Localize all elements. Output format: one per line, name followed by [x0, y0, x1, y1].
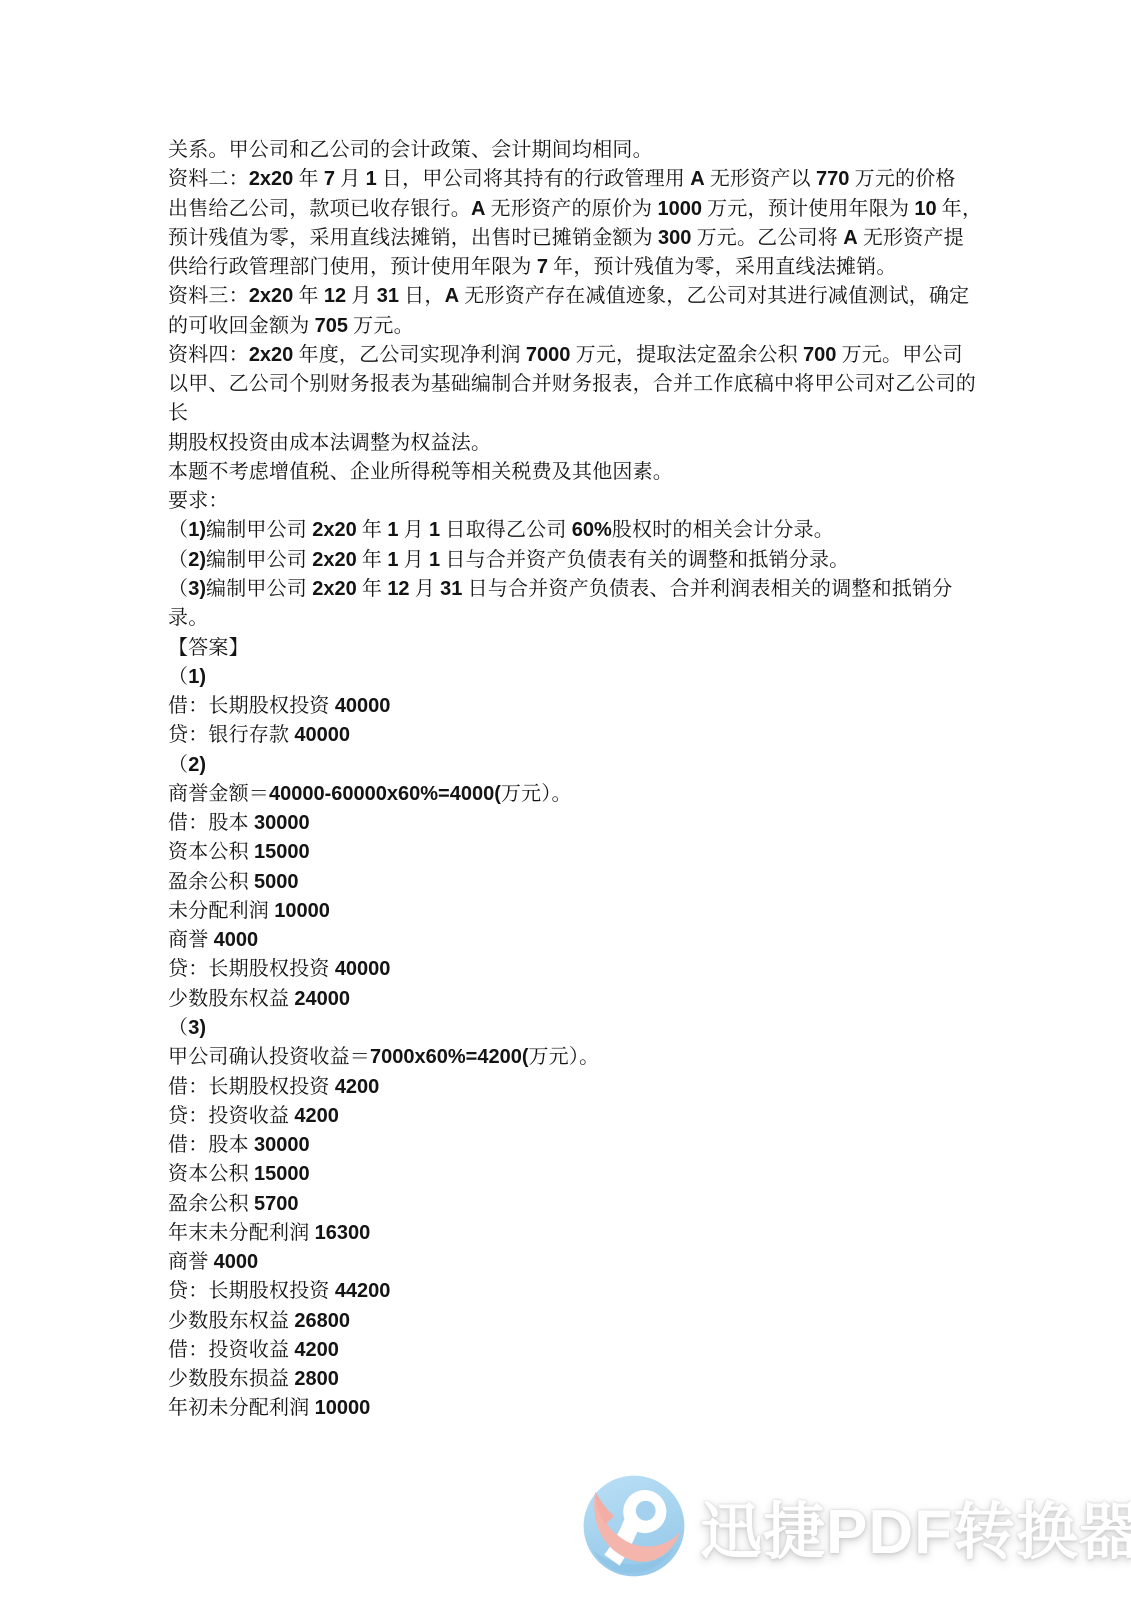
- text-segment: 贷：投资收益: [168, 1105, 294, 1127]
- text-segment: 编制甲公司: [206, 519, 312, 541]
- text-segment: 月: [346, 285, 377, 307]
- text-segment: 少数股东损益: [168, 1368, 294, 1390]
- text-line: 关系。甲公司和乙公司的会计政策、会计期间均相同。: [168, 136, 978, 165]
- bold-text-segment: 300: [658, 227, 691, 249]
- text-segment: 供给行政管理部门使用，预计使用年限为: [168, 256, 537, 278]
- text-line: 商誉 4000: [168, 926, 978, 955]
- text-segment: 录。: [168, 607, 208, 629]
- text-segment: 年度，乙公司实现净利润: [293, 344, 526, 366]
- text-segment: 万元。甲公司: [836, 344, 962, 366]
- bold-text-segment: 12: [387, 578, 409, 600]
- text-segment: 无形资产存在减值迹象，乙公司对其进行减值测试，确定: [459, 285, 969, 307]
- bold-text-segment: 2): [188, 549, 206, 571]
- text-segment: （: [168, 1017, 188, 1039]
- bold-text-segment: 705: [315, 315, 348, 337]
- text-line: 借：长期股权投资 40000: [168, 692, 978, 721]
- text-segment: 无形资产的原价为: [485, 198, 657, 220]
- bold-text-segment: 3): [188, 1017, 206, 1039]
- text-segment: 万元，预计使用年限为: [702, 198, 914, 220]
- text-segment: 万元。: [348, 315, 414, 337]
- text-line: 预计残值为零，采用直线法摊销，出售时已摊销金额为 300 万元。乙公司将 A 无…: [168, 224, 978, 253]
- text-line: 资本公积 15000: [168, 1160, 978, 1189]
- text-segment: 年初未分配利润: [168, 1397, 315, 1419]
- text-segment: 资料二：: [168, 168, 249, 190]
- text-line: 商誉金额＝40000-60000x60%=4000(万元）。: [168, 780, 978, 809]
- bold-text-segment: 15000: [254, 1163, 310, 1185]
- text-line: （1): [168, 663, 978, 692]
- text-segment: 月: [410, 578, 441, 600]
- text-segment: 借：投资收益: [168, 1339, 294, 1361]
- bold-text-segment: 1: [387, 519, 398, 541]
- bold-text-segment: 40000-60000x60%=4000(: [269, 783, 501, 805]
- bold-text-segment: 10: [914, 198, 936, 220]
- text-line: （3): [168, 1014, 978, 1043]
- text-segment: 日与合并资产负债表、合并利润表相关的调整和抵销分: [462, 578, 952, 600]
- text-segment: 商誉: [168, 1251, 214, 1273]
- text-segment: 商誉金额＝: [168, 783, 269, 805]
- bold-text-segment: A: [445, 285, 459, 307]
- text-segment: （: [168, 754, 188, 776]
- bold-text-segment: 2x20: [249, 285, 294, 307]
- text-segment: 日取得乙公司: [440, 519, 572, 541]
- bold-text-segment: 10000: [274, 900, 330, 922]
- text-segment: 年: [357, 578, 388, 600]
- bold-text-segment: 2x20: [312, 578, 357, 600]
- text-segment: 月: [398, 549, 429, 571]
- text-segment: 资本公积: [168, 841, 254, 863]
- pdf-converter-logo-icon: [580, 1472, 688, 1580]
- bold-text-segment: 4000: [214, 929, 259, 951]
- text-segment: 年，预计残值为零，采用直线法摊销。: [548, 256, 897, 278]
- text-segment: 月: [398, 519, 429, 541]
- text-segment: 日，: [399, 285, 445, 307]
- text-line: （1)编制甲公司 2x20 年 1 月 1 日取得乙公司 60%股权时的相关会计…: [168, 516, 978, 545]
- text-segment: 少数股东权益: [168, 1310, 294, 1332]
- bold-text-segment: 700: [803, 344, 836, 366]
- text-line: 供给行政管理部门使用，预计使用年限为 7 年，预计残值为零，采用直线法摊销。: [168, 253, 978, 282]
- text-line: 期股权投资由成本法调整为权益法。: [168, 429, 978, 458]
- text-segment: 年，: [937, 198, 983, 220]
- bold-text-segment: 31: [440, 578, 462, 600]
- text-segment: 关系。甲公司和乙公司的会计政策、会计期间均相同。: [168, 139, 653, 161]
- text-line: 资本公积 15000: [168, 838, 978, 867]
- text-segment: 盈余公积: [168, 1193, 254, 1215]
- text-line: 年初未分配利润 10000: [168, 1394, 978, 1423]
- bold-text-segment: 40000: [294, 724, 350, 746]
- bold-text-segment: 4000: [214, 1251, 259, 1273]
- text-segment: 借：股本: [168, 1134, 254, 1156]
- text-line: （2)编制甲公司 2x20 年 1 月 1 日与合并资产负债表有关的调整和抵销分…: [168, 546, 978, 575]
- text-segment: 借：长期股权投资: [168, 695, 335, 717]
- bold-text-segment: 44200: [335, 1280, 391, 1302]
- text-segment: 长: [168, 402, 188, 424]
- text-line: 资料四：2x20 年度，乙公司实现净利润 7000 万元，提取法定盈余公积 70…: [168, 341, 978, 370]
- text-line: 借：股本 30000: [168, 809, 978, 838]
- bold-text-segment: 7000: [526, 344, 571, 366]
- text-line: 借：股本 30000: [168, 1131, 978, 1160]
- text-segment: 万元）。: [501, 783, 572, 805]
- bold-text-segment: 1): [188, 666, 206, 688]
- bold-text-segment: A: [690, 168, 704, 190]
- text-line: 以甲、乙公司个别财务报表为基础编制合并财务报表，合并工作底稿中将甲公司对乙公司的: [168, 370, 978, 399]
- text-segment: 万元。乙公司将: [691, 227, 843, 249]
- text-line: 年末未分配利润 16300: [168, 1219, 978, 1248]
- watermark-text: 迅捷PDF转换器: [700, 1482, 1131, 1571]
- bold-text-segment: 1): [188, 519, 206, 541]
- text-segment: 少数股东权益: [168, 988, 294, 1010]
- bold-text-segment: 2800: [294, 1368, 339, 1390]
- bold-text-segment: A: [843, 227, 857, 249]
- text-line: 长: [168, 399, 978, 428]
- bold-text-segment: 5700: [254, 1193, 299, 1215]
- text-segment: （: [168, 519, 188, 541]
- text-line: 甲公司确认投资收益＝7000x60%=4200(万元）。: [168, 1043, 978, 1072]
- text-segment: 万元，提取法定盈余公积: [570, 344, 803, 366]
- document-body: 关系。甲公司和乙公司的会计政策、会计期间均相同。资料二：2x20 年 7 月 1…: [168, 136, 978, 1424]
- text-segment: 贷：长期股权投资: [168, 1280, 335, 1302]
- text-segment: 月: [335, 168, 366, 190]
- bold-text-segment: 30000: [254, 1134, 310, 1156]
- text-segment: （: [168, 549, 188, 571]
- text-segment: 编制甲公司: [206, 578, 312, 600]
- bold-text-segment: 40000: [335, 958, 391, 980]
- bold-text-segment: 7: [537, 256, 548, 278]
- text-segment: 年: [293, 168, 324, 190]
- bold-text-segment: 2): [188, 754, 206, 776]
- document-page: 关系。甲公司和乙公司的会计政策、会计期间均相同。资料二：2x20 年 7 月 1…: [0, 0, 1131, 1600]
- bold-text-segment: 1: [387, 549, 398, 571]
- text-line: 出售给乙公司，款项已收存银行。A 无形资产的原价为 1000 万元，预计使用年限…: [168, 195, 978, 224]
- text-segment: 日与合并资产负债表有关的调整和抵销分录。: [440, 549, 849, 571]
- bold-text-segment: 24000: [294, 988, 350, 1010]
- text-line: 借：长期股权投资 4200: [168, 1073, 978, 1102]
- text-segment: 商誉: [168, 929, 214, 951]
- text-line: 贷：银行存款 40000: [168, 721, 978, 750]
- text-segment: 甲公司确认投资收益＝: [168, 1046, 370, 1068]
- text-segment: 以甲、乙公司个别财务报表为基础编制合并财务报表，合并工作底稿中将甲公司对乙公司的: [168, 373, 976, 395]
- text-segment: 【答案】: [168, 637, 249, 659]
- bold-text-segment: 5000: [254, 871, 299, 893]
- text-line: 录。: [168, 604, 978, 633]
- bold-text-segment: 1: [429, 549, 440, 571]
- text-segment: 未分配利润: [168, 900, 274, 922]
- bold-text-segment: 4200: [294, 1339, 339, 1361]
- text-segment: 年: [357, 519, 388, 541]
- bold-text-segment: 4200: [335, 1076, 380, 1098]
- bold-text-segment: 2x20: [312, 549, 357, 571]
- bold-text-segment: 12: [324, 285, 346, 307]
- bold-text-segment: 26800: [294, 1310, 350, 1332]
- text-segment: 预计残值为零，采用直线法摊销，出售时已摊销金额为: [168, 227, 658, 249]
- text-line: 本题不考虑增值税、企业所得税等相关税费及其他因素。: [168, 458, 978, 487]
- text-segment: 资料三：: [168, 285, 249, 307]
- text-line: 未分配利润 10000: [168, 897, 978, 926]
- text-line: （2): [168, 751, 978, 780]
- text-line: 贷：长期股权投资 44200: [168, 1277, 978, 1306]
- text-segment: 无形资产提: [858, 227, 964, 249]
- text-line: 少数股东权益 24000: [168, 985, 978, 1014]
- text-line: 商誉 4000: [168, 1248, 978, 1277]
- bold-text-segment: 7: [324, 168, 335, 190]
- bold-text-segment: 7000x60%=4200(: [370, 1046, 528, 1068]
- text-segment: （: [168, 578, 188, 600]
- text-line: 贷：投资收益 4200: [168, 1102, 978, 1131]
- bold-text-segment: 60%: [572, 519, 612, 541]
- bold-text-segment: 2x20: [249, 168, 294, 190]
- text-segment: 无形资产以: [705, 168, 816, 190]
- bold-text-segment: 40000: [335, 695, 391, 717]
- text-segment: 的可收回金额为: [168, 315, 315, 337]
- text-segment: 期股权投资由成本法调整为权益法。: [168, 432, 491, 454]
- text-line: 借：投资收益 4200: [168, 1336, 978, 1365]
- text-segment: 年: [293, 285, 324, 307]
- text-segment: 要求：: [168, 490, 229, 512]
- text-line: 少数股东损益 2800: [168, 1365, 978, 1394]
- bold-text-segment: A: [471, 198, 485, 220]
- bold-text-segment: 2x20: [312, 519, 357, 541]
- text-line: 【答案】: [168, 634, 978, 663]
- bold-text-segment: 16300: [315, 1222, 371, 1244]
- text-segment: 年末未分配利润: [168, 1222, 315, 1244]
- text-line: 盈余公积 5000: [168, 868, 978, 897]
- bold-text-segment: 1000: [657, 198, 702, 220]
- bold-text-segment: 31: [377, 285, 399, 307]
- text-line: 资料三：2x20 年 12 月 31 日，A 无形资产存在减值迹象，乙公司对其进…: [168, 282, 978, 311]
- bold-text-segment: 30000: [254, 812, 310, 834]
- text-segment: 盈余公积: [168, 871, 254, 893]
- bold-text-segment: 3): [188, 578, 206, 600]
- text-segment: 资本公积: [168, 1163, 254, 1185]
- text-line: 少数股东权益 26800: [168, 1307, 978, 1336]
- text-line: 资料二：2x20 年 7 月 1 日，甲公司将其持有的行政管理用 A 无形资产以…: [168, 165, 978, 194]
- text-segment: 万元）。: [528, 1046, 599, 1068]
- text-segment: 股权时的相关会计分录。: [612, 519, 834, 541]
- text-line: 贷：长期股权投资 40000: [168, 955, 978, 984]
- text-segment: 日，甲公司将其持有的行政管理用: [377, 168, 690, 190]
- bold-text-segment: 4200: [294, 1105, 339, 1127]
- text-segment: 借：长期股权投资: [168, 1076, 335, 1098]
- text-segment: 年: [357, 549, 388, 571]
- text-line: （3)编制甲公司 2x20 年 12 月 31 日与合并资产负债表、合并利润表相…: [168, 575, 978, 604]
- text-segment: 编制甲公司: [206, 549, 312, 571]
- text-segment: 出售给乙公司，款项已收存银行。: [168, 198, 471, 220]
- text-segment: 资料四：: [168, 344, 249, 366]
- text-line: 盈余公积 5700: [168, 1190, 978, 1219]
- text-segment: 借：股本: [168, 812, 254, 834]
- text-line: 要求：: [168, 487, 978, 516]
- bold-text-segment: 770: [816, 168, 849, 190]
- text-segment: 贷：长期股权投资: [168, 958, 335, 980]
- text-segment: （: [168, 666, 188, 688]
- text-segment: 本题不考虑增值税、企业所得税等相关税费及其他因素。: [168, 461, 673, 483]
- bold-text-segment: 1: [429, 519, 440, 541]
- bold-text-segment: 1: [366, 168, 377, 190]
- watermark: 迅捷PDF转换器: [580, 1468, 1131, 1584]
- text-segment: 万元的价格: [849, 168, 955, 190]
- bold-text-segment: 2x20: [249, 344, 294, 366]
- bold-text-segment: 15000: [254, 841, 310, 863]
- bold-text-segment: 10000: [315, 1397, 371, 1419]
- text-line: 的可收回金额为 705 万元。: [168, 312, 978, 341]
- text-segment: 贷：银行存款: [168, 724, 294, 746]
